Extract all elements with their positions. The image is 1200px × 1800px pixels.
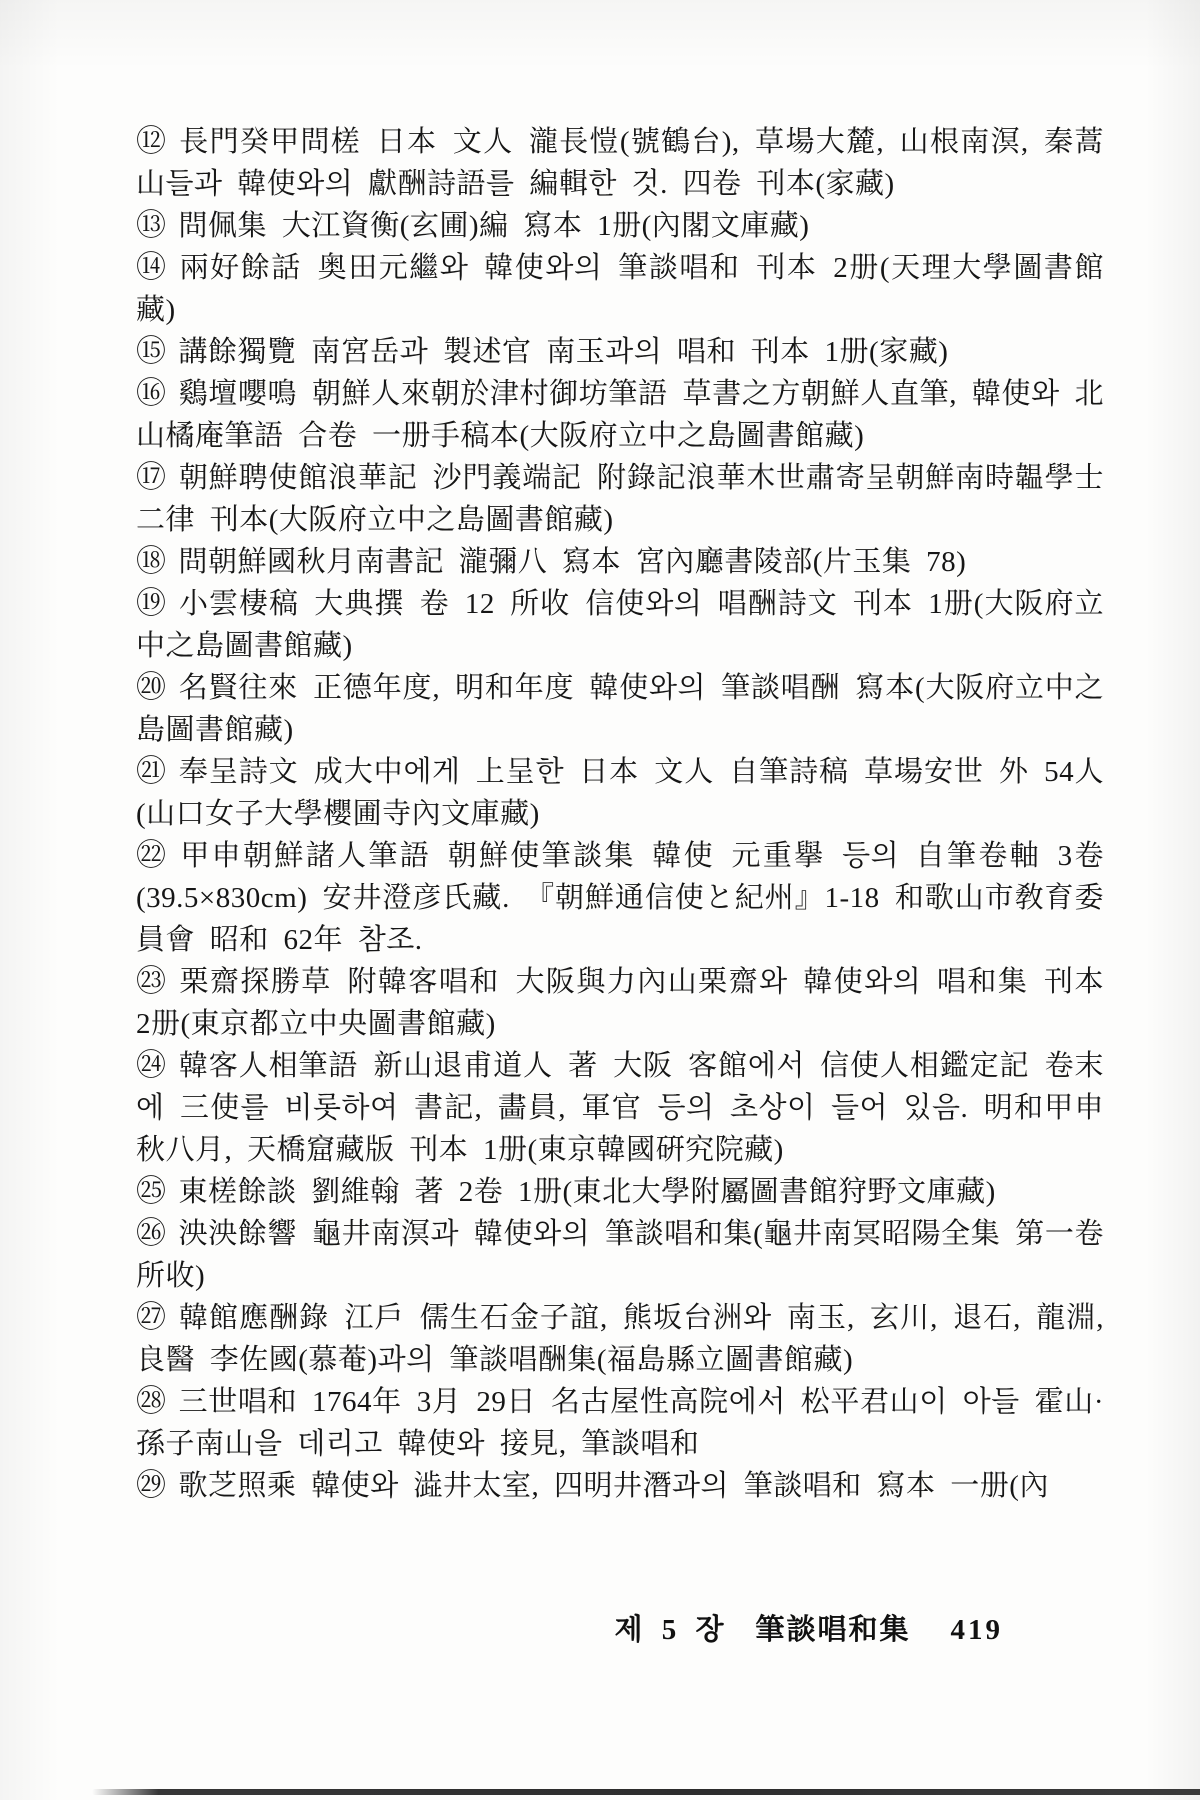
footer-page-number: 419 [951, 1614, 1004, 1647]
entry-text: 歌芝照乘 韓使와 澁井太室, 四明井潛과의 筆談唱和 寫本 一册(內 [179, 1470, 1049, 1502]
entry-text: 講餘獨覽 南宮岳과 製述官 南玉과의 唱和 刊本 1册(家藏) [179, 336, 949, 368]
entry-text: 甲申朝鮮諸人筆語 朝鮮使筆談集 韓使 元重擧 등의 自筆卷軸 3卷(39.5×8… [136, 840, 1104, 956]
entry-text: 問佩集 大江資衡(玄圃)編 寫本 1册(內閣文庫藏) [179, 210, 810, 242]
entry-number: ⑮ [136, 331, 167, 373]
bibliography-entry: ⑲小雲棲稿 大典撰 卷 12 所收 信使와의 唱酬詩文 刊本 1册(大阪府立中之… [136, 583, 1104, 667]
entry-text: 名賢往來 正德年度, 明和年度 韓使와의 筆談唱酬 寫本(大阪府立中之島圖書館藏… [136, 672, 1104, 746]
entry-number: ㉒ [136, 835, 167, 877]
entry-number: ⑰ [136, 457, 167, 499]
entry-text: 泱泱餘響 龜井南溟과 韓使와의 筆談唱和集(龜井南冥昭陽全集 第一卷所收) [136, 1218, 1104, 1292]
entry-text: 朝鮮聘使館浪華記 沙門義端記 附錄記浪華木世肅寄呈朝鮮南時韞學士二律 刊本(大阪… [136, 462, 1104, 536]
bibliography-entry-list: ⑫長門癸甲問槎 日本 文人 瀧長愷(號鶴台), 草場大麓, 山根南溟, 秦蒿山들… [136, 121, 1104, 1507]
bibliography-entry: ⑰朝鮮聘使館浪華記 沙門義端記 附錄記浪華木世肅寄呈朝鮮南時韞學士二律 刊本(大… [136, 457, 1104, 541]
bibliography-entry: ⑫長門癸甲問槎 日本 文人 瀧長愷(號鶴台), 草場大麓, 山根南溟, 秦蒿山들… [136, 121, 1104, 205]
entry-text: 問朝鮮國秋月南書記 瀧彌八 寫本 宮內廳書陵部(片玉集 78) [179, 546, 967, 578]
entry-number: ㉙ [136, 1465, 167, 1507]
entry-number: ⑫ [136, 121, 167, 163]
bibliography-entry: ㉙歌芝照乘 韓使와 澁井太室, 四明井潛과의 筆談唱和 寫本 一册(內 [136, 1465, 1104, 1507]
footer-section-title: 筆談唱和集 [755, 1607, 910, 1648]
page-footer: 제 5 장 筆談唱和集 419 [614, 1607, 1003, 1648]
bibliography-entry: ㉒甲申朝鮮諸人筆語 朝鮮使筆談集 韓使 元重擧 등의 自筆卷軸 3卷(39.5×… [136, 835, 1104, 961]
entry-text: 韓客人相筆語 新山退甫道人 著 大阪 客館에서 信使人相鑑定記 卷末에 三使를 … [136, 1050, 1104, 1166]
bibliography-entry: ⑱問朝鮮國秋月南書記 瀧彌八 寫本 宮內廳書陵部(片玉集 78) [136, 541, 1104, 583]
bibliography-entry: ㉕東槎餘談 劉維翰 著 2卷 1册(東北大學附屬圖書館狩野文庫藏) [136, 1171, 1104, 1213]
bibliography-entry: ㉔韓客人相筆語 新山退甫道人 著 大阪 客館에서 信使人相鑑定記 卷末에 三使를… [136, 1045, 1104, 1171]
entry-text: 奉呈詩文 成大中에게 上呈한 日本 文人 自筆詩稿 草場安世 外 54人(山口女… [136, 756, 1104, 830]
entry-number: ㉘ [136, 1381, 167, 1423]
footer-chapter-label: 제 5 장 [614, 1607, 729, 1648]
entry-number: ⑱ [136, 541, 167, 583]
entry-text: 長門癸甲問槎 日本 文人 瀧長愷(號鶴台), 草場大麓, 山根南溟, 秦蒿山들과… [136, 126, 1104, 200]
entry-number: ㉓ [136, 961, 167, 1003]
bibliography-entry: ⑳名賢往來 正德年度, 明和年度 韓使와의 筆談唱酬 寫本(大阪府立中之島圖書館… [136, 667, 1104, 751]
entry-text: 三世唱和 1764年 3月 29日 名古屋性高院에서 松平君山이 아들 霍山·孫… [136, 1386, 1104, 1460]
entry-number: ㉔ [136, 1045, 167, 1087]
bibliography-entry: ㉓栗齋探勝草 附韓客唱和 大阪與力內山栗齋와 韓使와의 唱和集 刊本 2册(東京… [136, 961, 1104, 1045]
bibliography-entry: ⑬問佩集 大江資衡(玄圃)編 寫本 1册(內閣文庫藏) [136, 205, 1104, 247]
bibliography-entry: ⑯鷄壇嚶鳴 朝鮮人來朝於津村御坊筆語 草書之方朝鮮人直筆, 韓使와 北山橘庵筆語… [136, 373, 1104, 457]
bibliography-entry: ㉗韓館應酬錄 江戶 儒生石金子誼, 熊坂台洲와 南玉, 玄川, 退石, 龍淵, … [136, 1297, 1104, 1381]
entry-number: ⑬ [136, 205, 167, 247]
bibliography-entry: ㉖泱泱餘響 龜井南溟과 韓使와의 筆談唱和集(龜井南冥昭陽全集 第一卷所收) [136, 1213, 1104, 1297]
entry-number: ⑭ [136, 247, 167, 289]
entry-number: ㉖ [136, 1213, 167, 1255]
entry-number: ⑯ [136, 373, 167, 415]
entry-text: 小雲棲稿 大典撰 卷 12 所收 信使와의 唱酬詩文 刊本 1册(大阪府立中之島… [136, 588, 1104, 662]
entry-text: 鷄壇嚶鳴 朝鮮人來朝於津村御坊筆語 草書之方朝鮮人直筆, 韓使와 北山橘庵筆語 … [136, 378, 1104, 452]
entry-number: ㉕ [136, 1171, 167, 1213]
entry-text: 韓館應酬錄 江戶 儒生石金子誼, 熊坂台洲와 南玉, 玄川, 退石, 龍淵, 良… [136, 1302, 1104, 1376]
bibliography-entry: ㉑奉呈詩文 成大中에게 上呈한 日本 文人 自筆詩稿 草場安世 外 54人(山口… [136, 751, 1104, 835]
entry-text: 兩好餘話 奥田元繼와 韓使와의 筆談唱和 刊本 2册(天理大學圖書館藏) [136, 252, 1104, 326]
entry-number: ⑲ [136, 583, 167, 625]
bibliography-entry: ㉘三世唱和 1764年 3月 29日 名古屋性高院에서 松平君山이 아들 霍山·… [136, 1381, 1104, 1465]
bibliography-entry: ⑭兩好餘話 奥田元繼와 韓使와의 筆談唱和 刊本 2册(天理大學圖書館藏) [136, 247, 1104, 331]
scan-artifact-line [92, 1789, 1200, 1795]
bibliography-entry: ⑮講餘獨覽 南宮岳과 製述官 南玉과의 唱和 刊本 1册(家藏) [136, 331, 1104, 373]
entry-number: ㉑ [136, 751, 167, 793]
entry-text: 東槎餘談 劉維翰 著 2卷 1册(東北大學附屬圖書館狩野文庫藏) [179, 1176, 996, 1208]
entry-text: 栗齋探勝草 附韓客唱和 大阪與力內山栗齋와 韓使와의 唱和集 刊本 2册(東京都… [136, 966, 1104, 1040]
entry-number: ㉗ [136, 1297, 167, 1339]
entry-number: ⑳ [136, 667, 167, 709]
